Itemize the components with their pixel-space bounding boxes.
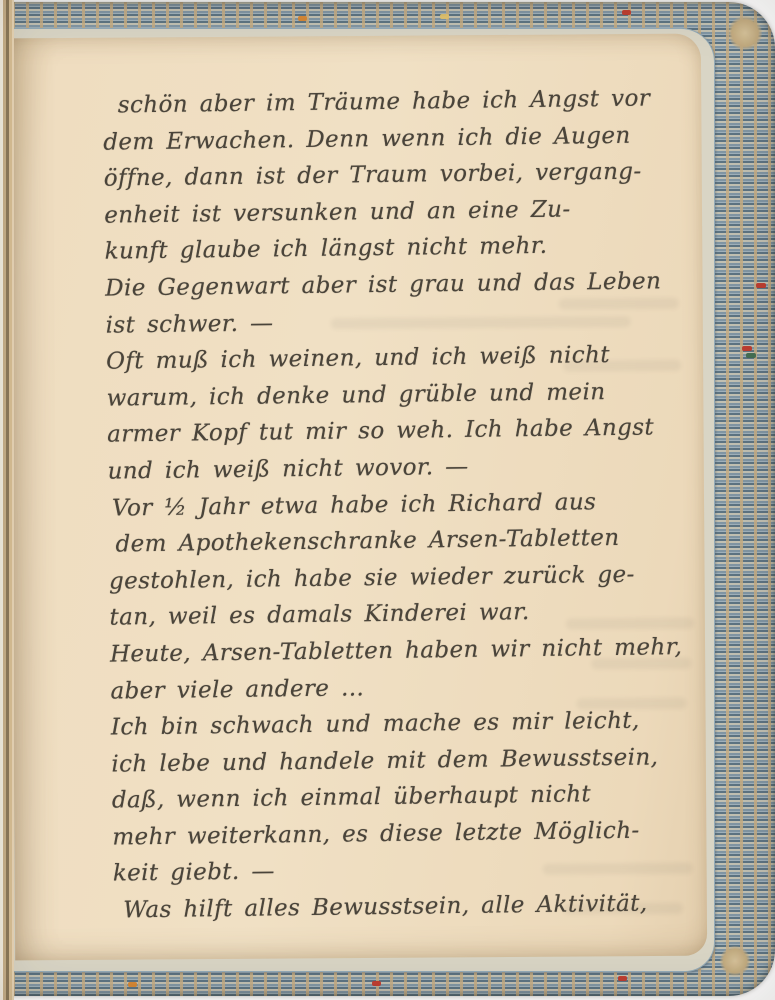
handwriting-line: Was hilft alles Bewusstsein, alle Aktivi… [113,885,707,929]
diary-page: schön aber im Träume habe ich Angst vor … [9,34,707,961]
spine-gutter [0,0,14,1000]
accent-thread [618,976,627,981]
accent-thread [742,346,752,351]
handwriting-block: schön aber im Träume habe ich Angst vor … [103,80,708,929]
handwriting-line: armer Kopf tut mir so weh. Ich habe Angs… [107,409,707,453]
accent-thread [372,981,381,986]
accent-thread [298,16,307,21]
accent-thread [756,283,766,288]
worn-corner-bottom-right [720,946,750,976]
handwriting-line: Heute, Arsen-Tabletten haben wir nicht m… [110,629,707,673]
worn-corner-top-right [728,16,762,50]
accent-thread [746,353,756,358]
accent-thread [128,982,137,987]
accent-thread [440,14,449,19]
accent-thread [622,10,631,15]
